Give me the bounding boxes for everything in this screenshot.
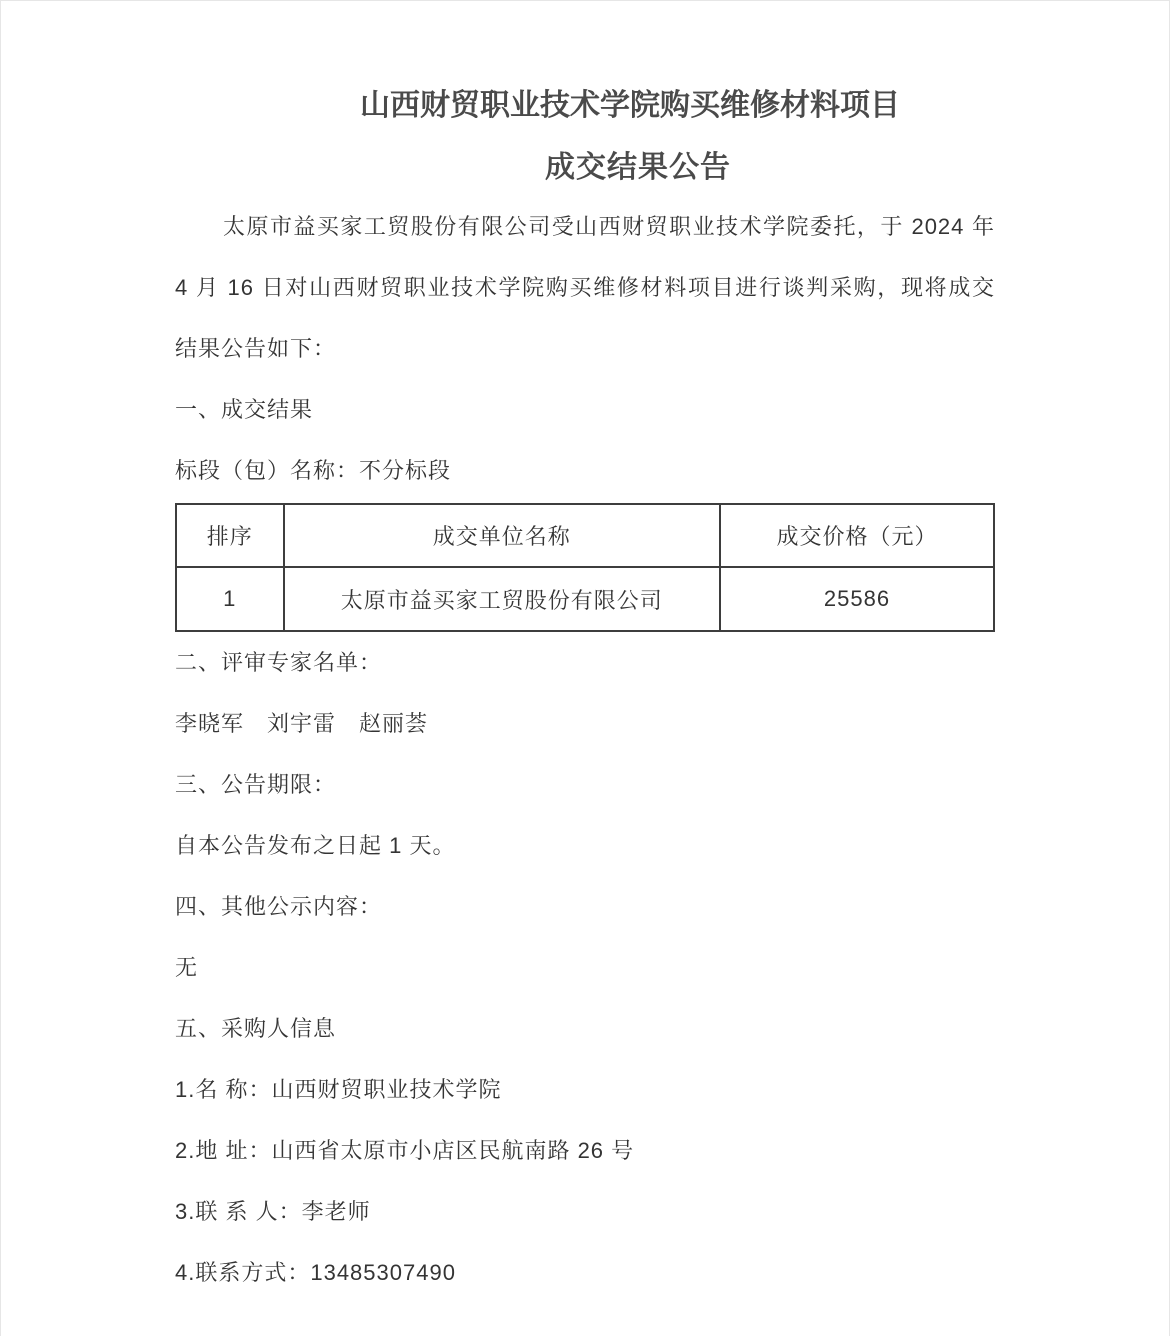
table-header-row: 排序 成交单位名称 成交价格（元） bbox=[176, 504, 994, 567]
purchaser-contact-line: 3.联 系 人：李老师 bbox=[175, 1181, 995, 1242]
intro-line-2: 4 月 16 日对山西财贸职业技术学院购买维修材料项目进行谈判采购，现将成交 bbox=[175, 257, 995, 318]
section4-heading: 四、其他公示内容： bbox=[175, 876, 995, 937]
section5-heading-label: 采购人信息 bbox=[221, 1016, 336, 1041]
cell-rank: 1 bbox=[176, 567, 284, 631]
document-title: 山西财贸职业技术学院购买维修材料项目 bbox=[175, 86, 995, 126]
cell-supplier-name: 太原市益买家工贸股份有限公司 bbox=[284, 567, 720, 631]
table-row: 1 太原市益买家工贸股份有限公司 25586 bbox=[176, 567, 994, 631]
purchaser-phone-line: 4.联系方式：13485307490 bbox=[175, 1242, 995, 1303]
purchaser-name-line: 1.名 称：山西财贸职业技术学院 bbox=[175, 1059, 995, 1120]
section3-heading: 三、公告期限： bbox=[175, 754, 995, 815]
section5-heading-number: 五、 bbox=[175, 1016, 221, 1041]
document-content: 山西财贸职业技术学院购买维修材料项目 成交结果公告 太原市益买家工贸股份有限公司… bbox=[175, 1, 995, 1303]
intro-line-1: 太原市益买家工贸股份有限公司受山西财贸职业技术学院委托，于 2024 年 bbox=[175, 196, 995, 257]
other-content-text: 无 bbox=[175, 937, 995, 998]
header-supplier-name: 成交单位名称 bbox=[284, 504, 720, 567]
package-name-line: 标段（包）名称：不分标段 bbox=[175, 440, 995, 501]
expert-names: 李晓军 刘宇雷 赵丽荟 bbox=[175, 693, 995, 754]
announcement-page: 山西财贸职业技术学院购买维修材料项目 成交结果公告 太原市益买家工贸股份有限公司… bbox=[0, 0, 1170, 1336]
section2-heading: 二、评审专家名单： bbox=[175, 632, 995, 693]
section1-heading: 一、成交结果 bbox=[175, 379, 995, 440]
purchaser-address-line: 2.地 址：山西省太原市小店区民航南路 26 号 bbox=[175, 1120, 995, 1181]
announcement-period-text: 自本公告发布之日起 1 天。 bbox=[175, 815, 995, 876]
section5-heading: 五、采购人信息 bbox=[175, 998, 995, 1059]
intro-line-3: 结果公告如下： bbox=[175, 318, 995, 379]
document-subtitle: 成交结果公告 bbox=[175, 148, 995, 188]
intro-paragraph: 太原市益买家工贸股份有限公司受山西财贸职业技术学院委托，于 2024 年 4 月… bbox=[175, 196, 995, 379]
cell-price: 25586 bbox=[720, 567, 994, 631]
header-price: 成交价格（元） bbox=[720, 504, 994, 567]
result-table: 排序 成交单位名称 成交价格（元） 1 太原市益买家工贸股份有限公司 25586 bbox=[175, 503, 995, 632]
header-rank: 排序 bbox=[176, 504, 284, 567]
